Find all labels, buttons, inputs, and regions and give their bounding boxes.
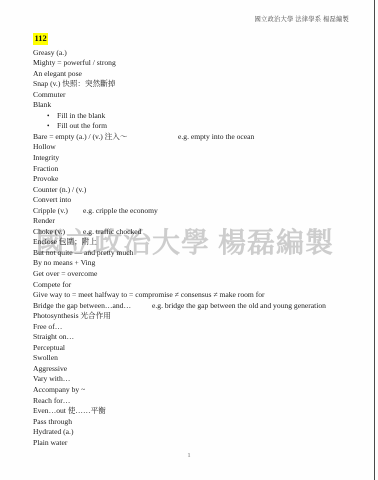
vocab-term: Photosynthesis 光合作用 bbox=[33, 311, 111, 320]
vocab-term: Compete for bbox=[33, 280, 71, 289]
vocab-line: Fraction bbox=[33, 164, 358, 175]
vocab-line: Bridge the gap between…and…e.g. bridge t… bbox=[33, 301, 358, 312]
vocab-line: Even…out 使……平衡 bbox=[33, 406, 358, 417]
vocab-term: Vary with… bbox=[33, 374, 70, 383]
vocab-line: Counter (n.) / (v.) bbox=[33, 185, 358, 196]
vocab-line: Choke (v.)e.g. traffic chocked bbox=[33, 227, 358, 238]
section-number-highlight: 112 bbox=[33, 33, 48, 45]
page-number: 1 bbox=[0, 452, 378, 459]
vocab-term: Bridge the gap between…and… bbox=[33, 301, 152, 312]
vocab-line: Free of… bbox=[33, 322, 358, 333]
vocab-term: But not quite — and pretty much bbox=[33, 248, 133, 257]
vocab-line: Plain water bbox=[33, 438, 358, 449]
vocab-example: e.g. cripple the economy bbox=[83, 206, 158, 215]
vocab-term: Choke (v.) bbox=[33, 227, 83, 238]
vocab-line: Accompany by ~ bbox=[33, 385, 358, 396]
page-header: 國立政治大學 法律學系 楊磊編製 bbox=[254, 14, 349, 23]
vocab-line: Mighty = powerful / strong bbox=[33, 58, 358, 69]
vocab-term: Accompany by ~ bbox=[33, 385, 85, 394]
vocab-term: Fill in the blank bbox=[57, 111, 105, 120]
document-page: 國立政治大學 法律學系 楊磊編製 國立政治大學 楊磊編製 112 Greasy … bbox=[0, 0, 378, 480]
vocab-term: Get over = overcome bbox=[33, 269, 97, 278]
vocab-term: Provoke bbox=[33, 174, 58, 183]
vocab-line: Greasy (a.) bbox=[33, 48, 358, 59]
bullet-icon: • bbox=[47, 111, 57, 122]
vocab-example: e.g. traffic chocked bbox=[83, 227, 141, 236]
vocab-line: Render bbox=[33, 216, 358, 227]
vocab-line: Cripple (v.)e.g. cripple the economy bbox=[33, 206, 358, 217]
vocab-term: Pass through bbox=[33, 417, 72, 426]
vocab-line: Compete for bbox=[33, 280, 358, 291]
vocab-line: •Fill in the blank bbox=[33, 111, 358, 122]
vocab-line: But not quite — and pretty much bbox=[33, 248, 358, 259]
header-text: 國立政治大學 法律學系 楊磊編製 bbox=[254, 16, 349, 23]
vocab-term: Cripple (v.) bbox=[33, 206, 83, 217]
vocab-line: Enclose 包圍；附上 bbox=[33, 237, 358, 248]
vocab-line: Convert into bbox=[33, 195, 358, 206]
vocab-term: Free of… bbox=[33, 322, 62, 331]
bullet-icon: • bbox=[47, 121, 57, 132]
vocab-line: Perceptual bbox=[33, 343, 358, 354]
vocab-term: By no means + Ving bbox=[33, 258, 95, 267]
vocab-term: Swollen bbox=[33, 353, 58, 362]
vocab-line: Pass through bbox=[33, 417, 358, 428]
vocab-line: Give way to = meet halfway to = compromi… bbox=[33, 290, 358, 301]
vocab-term: Straight on… bbox=[33, 332, 74, 341]
vocab-line: Snap (v.) 快照：突然斷掉 bbox=[33, 79, 358, 90]
vocab-line: Blank bbox=[33, 100, 358, 111]
vocab-term: Counter (n.) / (v.) bbox=[33, 185, 86, 194]
vocab-line: Aggressive bbox=[33, 364, 358, 375]
vocab-term: Give way to = meet halfway to = compromi… bbox=[33, 290, 265, 299]
vocab-term: Commuter bbox=[33, 90, 65, 99]
vocab-term: Reach for… bbox=[33, 396, 70, 405]
vocab-line: Photosynthesis 光合作用 bbox=[33, 311, 358, 322]
vocab-term: Enclose 包圍；附上 bbox=[33, 237, 97, 246]
vocab-term: Integrity bbox=[33, 153, 59, 162]
vocab-example: e.g. empty into the ocean bbox=[178, 132, 254, 141]
vocab-line: Vary with… bbox=[33, 374, 358, 385]
vocab-term: Hydrated (a.) bbox=[33, 427, 73, 436]
vocab-term: An elegant pose bbox=[33, 69, 82, 78]
vocab-term: Hollow bbox=[33, 142, 56, 151]
vocab-line: Reach for… bbox=[33, 396, 358, 407]
vocab-term: Aggressive bbox=[33, 364, 67, 373]
vocab-term: Plain water bbox=[33, 438, 67, 447]
vocab-line: An elegant pose bbox=[33, 69, 358, 80]
vocab-term: Greasy (a.) bbox=[33, 48, 67, 57]
vocab-line: By no means + Ving bbox=[33, 258, 358, 269]
vocab-term: Fraction bbox=[33, 164, 58, 173]
vocab-term: Snap (v.) 快照：突然斷掉 bbox=[33, 79, 115, 88]
vocab-line: Hydrated (a.) bbox=[33, 427, 358, 438]
vocab-line: Get over = overcome bbox=[33, 269, 358, 280]
vocab-term: Mighty = powerful / strong bbox=[33, 58, 116, 67]
vocab-line: Bare = empty (a.) / (v.) 注入～e.g. empty i… bbox=[33, 132, 358, 143]
vocab-line: •Fill out the form bbox=[33, 121, 358, 132]
vocab-term: Convert into bbox=[33, 195, 71, 204]
page-edge-line bbox=[374, 0, 376, 480]
vocab-line: Straight on… bbox=[33, 332, 358, 343]
vocab-line: Integrity bbox=[33, 153, 358, 164]
vocab-example: e.g. bridge the gap between the old and … bbox=[152, 301, 326, 310]
vocab-list: Greasy (a.)Mighty = powerful / strongAn … bbox=[33, 48, 358, 449]
vocab-term: Blank bbox=[33, 100, 51, 109]
vocab-line: Provoke bbox=[33, 174, 358, 185]
vocab-term: Even…out 使……平衡 bbox=[33, 406, 106, 415]
section-heading: 112 bbox=[33, 31, 358, 45]
document-content: 112 Greasy (a.)Mighty = powerful / stron… bbox=[33, 31, 358, 448]
vocab-line: Commuter bbox=[33, 90, 358, 101]
vocab-term: Render bbox=[33, 216, 55, 225]
vocab-line: Hollow bbox=[33, 142, 358, 153]
vocab-term: Bare = empty (a.) / (v.) 注入～ bbox=[33, 132, 178, 143]
vocab-line: Swollen bbox=[33, 353, 358, 364]
vocab-term: Fill out the form bbox=[57, 121, 107, 130]
vocab-term: Perceptual bbox=[33, 343, 65, 352]
